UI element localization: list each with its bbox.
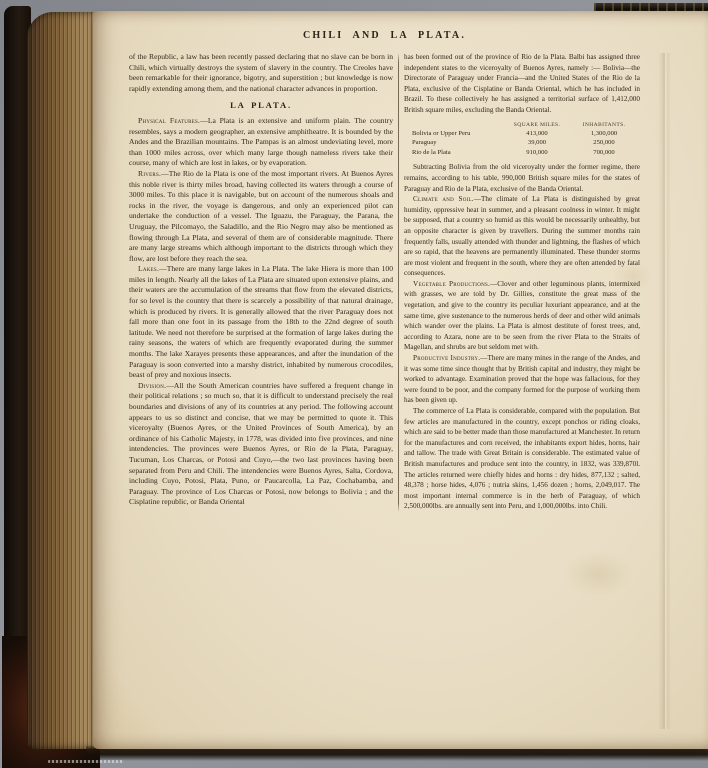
paragraph-lead: Productive Industry. — [413, 354, 480, 362]
table-cell-name: Paraguay — [404, 138, 506, 148]
paragraph-vegetable-productions: Vegetable Productions.—Clover and other … — [404, 279, 640, 353]
paragraph-banda-oriental-continuation: has been formed out of the province of R… — [404, 52, 640, 116]
paragraph-lakes: Lakes.—There are many large lakes in La … — [129, 264, 393, 381]
paragraph-text: Subtracting Bolivia from the old viceroy… — [404, 163, 640, 192]
area-population-table: SQUARE MILES. INHABITANTS. Bolivia or Up… — [404, 121, 640, 158]
table-cell-inhabitants: 700,000 — [568, 148, 640, 158]
scanned-atlas-page-photo: CHILI AND LA PLATA. of the Republic, a l… — [0, 0, 708, 768]
paragraph-commerce: The commerce of La Plata is considerable… — [404, 406, 640, 512]
page-header-title: CHILI AND LA PLATA. — [129, 30, 640, 41]
table-cell-inhabitants: 250,000 — [568, 138, 640, 148]
paragraph-text: —The climate of La Plata is distinguishe… — [404, 195, 640, 277]
page-text-block: CHILI AND LA PLATA. of the Republic, a l… — [129, 30, 640, 512]
table-cell-inhabitants: 1,300,000 — [568, 129, 640, 139]
table-row-bolivia: Bolivia or Upper Peru 413,000 1,300,000 — [404, 129, 640, 139]
table-header-spacer — [404, 121, 506, 129]
paragraph-lead: Climate and Soil. — [413, 195, 474, 203]
table-header-row: SQUARE MILES. INHABITANTS. — [404, 121, 640, 129]
paragraph-lead: Lakes. — [138, 264, 159, 273]
table-header-square-miles: SQUARE MILES. — [506, 121, 568, 129]
paragraph-physical-features: Physical Features.—La Plata is an extens… — [129, 116, 393, 169]
paragraph-text: has been formed out of the province of R… — [404, 53, 640, 114]
page-stain — [563, 551, 633, 597]
paragraph-climate-and-soil: Climate and Soil.—The climate of La Plat… — [404, 194, 640, 279]
section-heading-la-plata: LA PLATA. — [129, 100, 393, 111]
paragraph-text: The commerce of La Plata is considerable… — [404, 407, 640, 510]
table-row-rio-de-la-plata: Rio de la Plata 910,000 700,000 — [404, 148, 640, 158]
left-column: of the Republic, a law has been recently… — [129, 52, 393, 512]
right-column: has been formed out of the province of R… — [404, 52, 640, 512]
paragraph-lead: Physical Features. — [138, 116, 200, 125]
paragraph-productive-industry: Productive Industry.—There are many mine… — [404, 353, 640, 406]
table-cell-square-miles: 910,000 — [506, 148, 568, 158]
paragraph-republic-continuation: of the Republic, a law has been recently… — [129, 52, 393, 94]
paragraph-rivers: Rivers.—The Rio de la Plata is one of th… — [129, 169, 393, 264]
table-cell-square-miles: 413,000 — [506, 129, 568, 139]
paragraph-division: Division.—All the South American countri… — [129, 381, 393, 508]
paragraph-lead: Vegetable Productions. — [413, 280, 490, 288]
paragraph-text: —The Rio de la Plata is one of the most … — [129, 169, 393, 263]
paragraph-lead: Division. — [138, 381, 166, 390]
book-page: CHILI AND LA PLATA. of the Republic, a l… — [93, 11, 708, 749]
paragraph-text: —All the South American countries have s… — [129, 381, 393, 507]
paragraph-text: —Clover and other leguminous plants, int… — [404, 280, 640, 352]
table-row-paraguay: Paraguay 39,000 250,000 — [404, 138, 640, 148]
fine-print-watermark — [48, 760, 124, 763]
paragraph-lead: Rivers. — [138, 169, 161, 178]
paragraph-text: —There are many large lakes in La Plata.… — [129, 264, 393, 379]
text-columns: of the Republic, a law has been recently… — [129, 52, 640, 512]
column-divider-rule — [398, 53, 399, 512]
paragraph-subtracting-bolivia: Subtracting Bolivia from the old viceroy… — [404, 162, 640, 194]
paragraph-text: of the Republic, a law has been recently… — [129, 52, 393, 93]
table-cell-square-miles: 39,000 — [506, 138, 568, 148]
table-cell-name: Bolivia or Upper Peru — [404, 129, 506, 139]
book-page-edges — [27, 12, 95, 749]
table-header-inhabitants: INHABITANTS. — [568, 121, 640, 129]
table-cell-name: Rio de la Plata — [404, 148, 506, 158]
page-crease — [658, 53, 671, 729]
